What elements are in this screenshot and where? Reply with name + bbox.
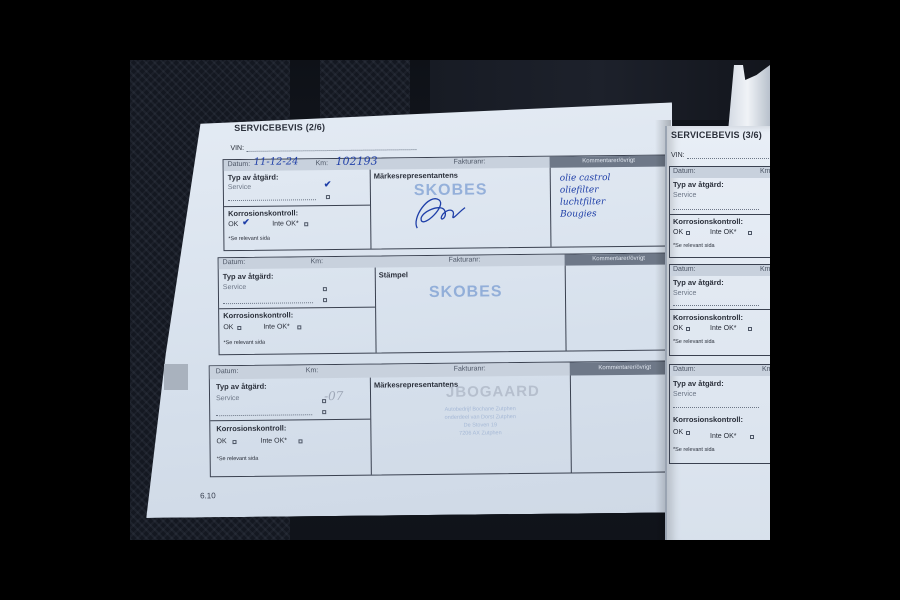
service-label: Service	[673, 192, 696, 199]
divider	[370, 170, 372, 249]
kommentar-line: luchtfilter	[560, 196, 611, 209]
inte-ok-checkbox[interactable]	[748, 327, 752, 331]
typ-label: Typ av åtgärd:	[673, 180, 724, 189]
footnote: *Se relevant sida	[673, 243, 715, 249]
left-page: SERVICEBEVIS (2/6) VIN: Datum: 11-12-24 …	[142, 102, 676, 518]
service-entry-r3: Datum: Km: Typ av åtgärd: Service Korros…	[669, 364, 770, 464]
kommentar-line: Bougies	[560, 208, 611, 221]
kommentar-line: oliefilter	[560, 184, 611, 197]
divider	[570, 376, 572, 473]
other-checkbox[interactable]	[322, 410, 326, 414]
korrosion-label: Korrosionskontroll:	[673, 313, 743, 322]
typ-label: Typ av åtgärd:	[216, 382, 267, 392]
ok-checkbox[interactable]	[686, 327, 690, 331]
page-tab-marker	[164, 364, 188, 390]
entry-header: Datum: Km:	[670, 167, 770, 178]
inte-ok-label: Inte OK*	[272, 220, 299, 227]
korrosion-label: Korrosionskontroll:	[216, 424, 286, 434]
datum-label: Datum:	[673, 168, 696, 175]
ok-label: OK	[673, 229, 683, 236]
fakturanr-label: Fakturanr:	[449, 256, 481, 263]
service-label: Service	[673, 391, 696, 398]
page-number: 6.10	[200, 491, 216, 500]
inte-ok-label: Inte OK*	[710, 229, 736, 236]
other-line	[673, 209, 759, 210]
korrosion-label: Korrosionskontroll:	[228, 208, 298, 218]
fakturanr-label: Fakturanr:	[454, 158, 486, 165]
divider	[370, 378, 372, 475]
kommentar-lines: olie castrol oliefilter luchtfilter Boug…	[560, 172, 611, 221]
inte-ok-label: Inte OK*	[710, 325, 736, 332]
page-title: SERVICEBEVIS (3/6)	[671, 130, 762, 140]
km-label: Km:	[762, 366, 770, 373]
stamp-line: 7206 AX Zutphen	[420, 429, 540, 438]
datum-label: Datum:	[673, 366, 696, 373]
divider	[670, 309, 770, 310]
service-label: Service	[223, 284, 246, 291]
seat-fabric-top	[320, 60, 410, 120]
inte-ok-checkbox[interactable]	[297, 325, 301, 329]
km-label: Km:	[760, 168, 770, 175]
service-label: Service	[216, 395, 239, 402]
inte-ok-checkbox[interactable]	[298, 439, 302, 443]
inte-ok-label: Inte OK*	[263, 323, 290, 330]
datum-label: Datum:	[228, 161, 251, 168]
km-label: Km:	[306, 367, 319, 374]
typ-label: Typ av åtgärd:	[223, 272, 274, 282]
datum-label: Datum:	[223, 259, 246, 266]
other-line	[216, 414, 312, 416]
other-checkbox[interactable]	[326, 195, 330, 199]
entry-header: Datum: 11-12-24 Km: 102193 Fakturanr: Ko…	[224, 155, 668, 171]
korrosion-label: Korrosionskontroll:	[673, 415, 743, 424]
inte-ok-checkbox[interactable]	[750, 435, 754, 439]
korrosion-label: Korrosionskontroll:	[223, 310, 293, 320]
service-book-photo: SERVICEBEVIS (2/6) VIN: Datum: 11-12-24 …	[130, 60, 770, 540]
service-checkbox[interactable]	[323, 287, 327, 291]
ok-checkbox[interactable]	[237, 326, 241, 330]
footnote: *Se relevant sida	[217, 456, 259, 462]
other-line	[228, 199, 316, 201]
inte-ok-checkbox[interactable]	[304, 222, 308, 226]
pen-mark: -07	[324, 389, 343, 403]
divider	[565, 266, 567, 351]
other-line	[223, 302, 313, 304]
ok-label: OK	[673, 429, 683, 436]
entry-header: Datum: Km:	[670, 365, 770, 376]
ok-checkbox[interactable]	[686, 231, 690, 235]
signature	[409, 188, 469, 234]
divider	[224, 205, 370, 208]
kommentar-header: Kommentarer/övrigt	[550, 155, 668, 167]
footnote: *Se relevant sida	[673, 447, 715, 453]
datum-label: Datum:	[673, 266, 696, 273]
typ-label: Typ av åtgärd:	[673, 379, 724, 388]
korrosion-label: Korrosionskontroll:	[673, 217, 743, 226]
ok-label: OK	[216, 438, 226, 445]
km-value: 102193	[336, 155, 378, 168]
other-line	[673, 305, 759, 306]
km-label: Km:	[316, 160, 329, 167]
km-label: Km:	[760, 266, 770, 273]
other-line	[673, 407, 759, 408]
entry-header: Datum: Km: Fakturanr: Kommentarer/övrigt	[219, 253, 673, 269]
other-checkbox[interactable]	[323, 298, 327, 302]
typ-label: Typ av åtgärd:	[673, 278, 724, 287]
footnote: *Se relevant sida	[223, 340, 265, 346]
service-entry-r2: Datum: Km: Typ av åtgärd: Service Korros…	[669, 264, 770, 356]
km-label: Km:	[311, 258, 324, 265]
dealer-stamp: JBOGAARD	[446, 383, 540, 401]
datum-label: Datum:	[216, 368, 239, 375]
divider	[670, 214, 770, 215]
service-label: Service	[228, 184, 251, 191]
service-entry-2: Datum: Km: Fakturanr: Kommentarer/övrigt…	[218, 252, 675, 355]
service-entry-r1: Datum: Km: Typ av åtgärd: Service Korros…	[669, 166, 770, 258]
service-entry-3: Datum: Km: Fakturanr: Kommentarer/övrigt…	[209, 360, 682, 477]
ok-checkbox-checked[interactable]: ✔	[242, 217, 250, 228]
service-label: Service	[673, 290, 696, 297]
dealer-stamp: SKOBES	[429, 283, 503, 302]
ok-checkbox[interactable]	[686, 431, 690, 435]
stamp-label: Stämpel	[379, 270, 408, 279]
representative-label: Märkesrepresentantens	[374, 171, 458, 181]
entry-header: Datum: Km: Fakturanr: Kommentarer/övrigt	[210, 361, 680, 379]
ok-label: OK	[228, 221, 238, 228]
inte-ok-label: Inte OK*	[260, 438, 287, 445]
divider	[375, 268, 377, 353]
kommentar-line: olie castrol	[560, 172, 611, 185]
footnote: *Se relevant sida	[673, 339, 715, 345]
entry-header: Datum: Km:	[670, 265, 770, 276]
typ-label: Typ av åtgärd:	[228, 173, 279, 183]
inte-ok-checkbox[interactable]	[748, 231, 752, 235]
divider	[219, 307, 375, 310]
service-checkbox-checked[interactable]: ✔	[324, 179, 332, 190]
inte-ok-label: Inte OK*	[710, 433, 736, 440]
ok-label: OK	[223, 324, 233, 331]
vin-line	[687, 158, 770, 159]
vin-label: VIN:	[230, 145, 244, 152]
divider	[210, 419, 370, 422]
fakturanr-label: Fakturanr:	[454, 365, 486, 372]
datum-value: 11-12-24	[254, 156, 299, 167]
divider	[550, 168, 552, 247]
service-entry-1: Datum: 11-12-24 Km: 102193 Fakturanr: Ko…	[223, 154, 670, 251]
ok-label: OK	[673, 325, 683, 332]
right-page: SERVICEBEVIS (3/6) VIN: Datum: Km: Typ a…	[665, 126, 770, 540]
footnote: *Se relevant sida	[228, 236, 270, 242]
vin-label: VIN:	[671, 152, 685, 159]
dealer-stamp-address: Autobedrijf Bochane Zutphen onderdeel va…	[420, 405, 540, 438]
vin-line	[246, 149, 416, 152]
page-title: SERVICEBEVIS (2/6)	[234, 122, 325, 133]
ok-checkbox[interactable]	[232, 440, 236, 444]
